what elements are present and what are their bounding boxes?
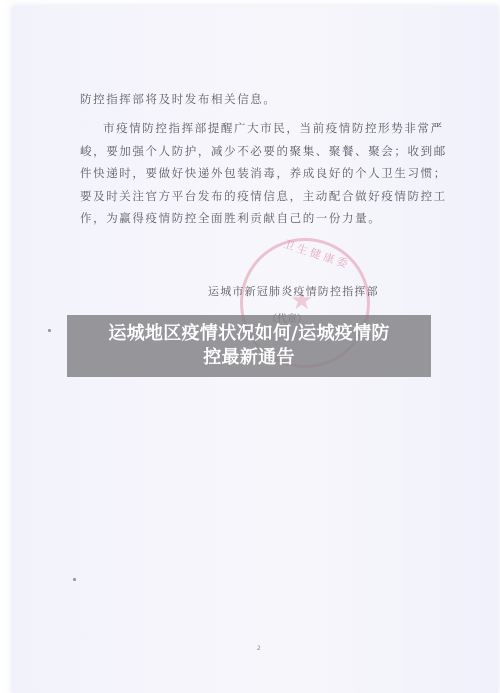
text-line: 要及时关注官方平台发布的疫情信息，主动配合做好疫情防控工 (80, 185, 430, 208)
text-line: 市疫情防控指挥部提醒广大市民，当前疫情防控形势非常严 (80, 117, 430, 140)
text-line: 峻，要加强个人防护，减少不必要的聚集、聚餐、聚会；收到邮 (80, 140, 430, 163)
overlay-title-line-2: 控最新通告 (203, 346, 295, 370)
document-paragraph: 市疫情防控指挥部提醒广大市民，当前疫情防控形势非常严 峻，要加强个人防护，减少不… (80, 117, 430, 230)
text-line: 件快递时，要做好快递外包装消毒，养成良好的个人卫生习惯； (80, 162, 430, 185)
page-number: 2 (257, 645, 261, 652)
text-line: 防控指挥部将及时发布相关信息。 (80, 88, 430, 111)
title-overlay[interactable]: 运城地区疫情状况如何/运城疫情防 控最新通告 (67, 315, 431, 377)
document-body: 防控指挥部将及时发布相关信息。 (80, 88, 430, 111)
text-line: 作，为赢得疫情防控全面胜利贡献自己的一份力量。 (80, 207, 430, 230)
overlay-title-line-1: 运城地区疫情状况如何/运城疫情防 (108, 322, 389, 346)
signature-line: 运城市新冠肺炎疫情防控指挥部 (208, 283, 379, 299)
scan-dot (73, 578, 76, 581)
scan-dot (48, 329, 51, 332)
